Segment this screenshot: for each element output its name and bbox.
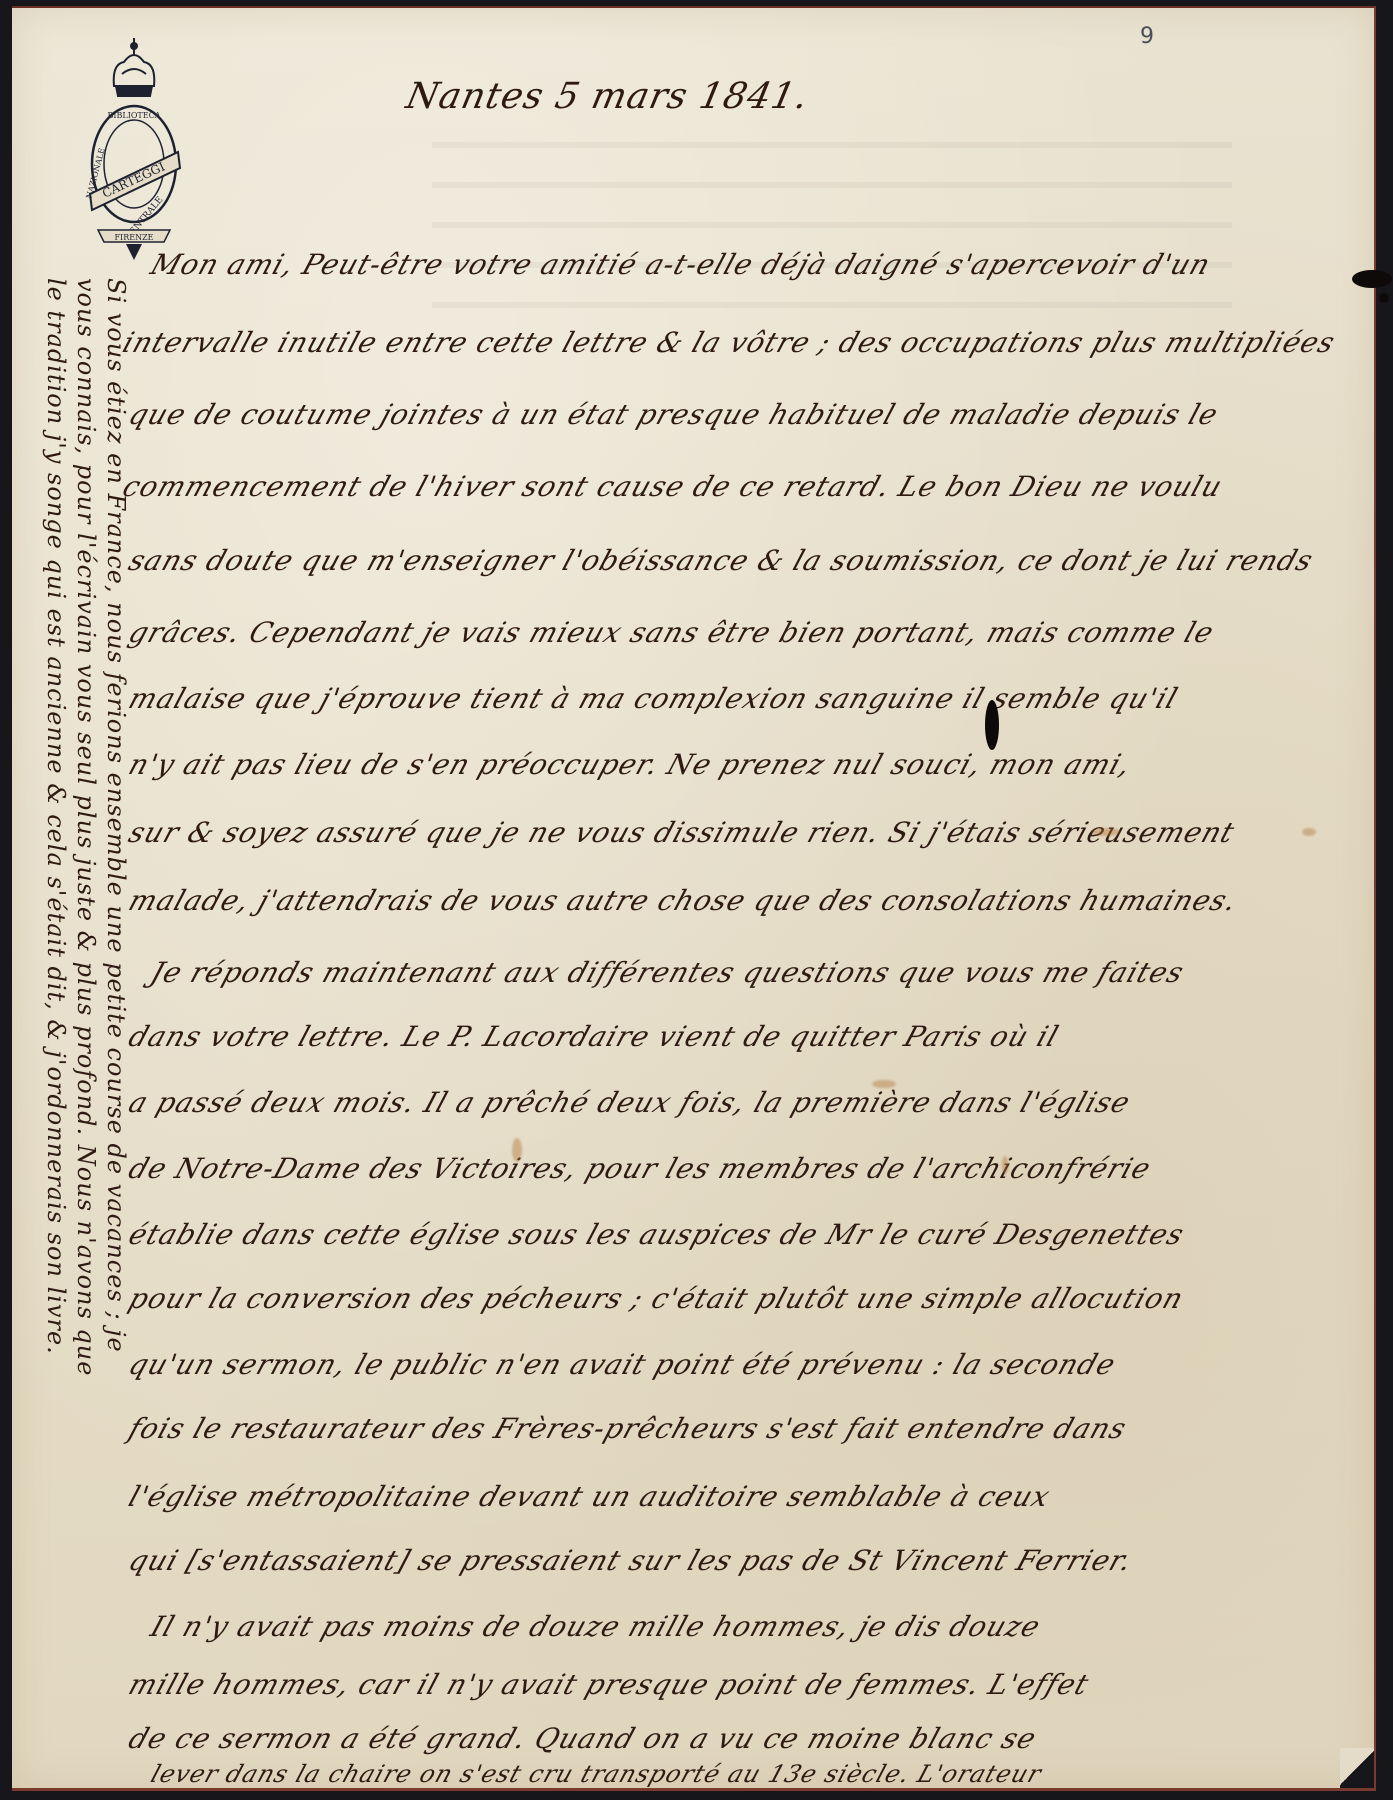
letter-line: fois le restaurateur des Frères-prêcheur…	[125, 1412, 1131, 1445]
letter-line: établie dans cette église sous les auspi…	[125, 1218, 1189, 1251]
letter-line: qu'un sermon, le public n'en avait point…	[125, 1348, 1121, 1381]
svg-text:BIBLIOTECA: BIBLIOTECA	[107, 111, 160, 120]
letter-line: dans votre lettre. Le P. Lacordaire vien…	[125, 1020, 1064, 1053]
letter-line: grâces. Cependant je vais mieux sans êtr…	[125, 616, 1219, 649]
letter-line: de Notre-Dame des Victoires, pour les me…	[125, 1152, 1156, 1185]
page-number: 9	[1140, 24, 1154, 49]
margin-note: le tradition j'y songe qui est ancienne …	[42, 278, 70, 1355]
letter-line: l'église métropolitaine devant un audito…	[125, 1480, 1055, 1513]
foxing-stain	[512, 1138, 522, 1162]
letter-line: Il n'y avait pas moins de douze mille ho…	[147, 1610, 1045, 1643]
library-stamp: CARTEGGI BIBLIOTECA NAZIONALE CENTRALE F…	[84, 34, 184, 264]
letter-line: malade, j'attendrais de vous autre chose…	[125, 884, 1242, 917]
letter-line: mille hommes, car il n'y avait presque p…	[125, 1668, 1094, 1701]
margin-note: Si vous étiez en France, nous ferions en…	[102, 278, 130, 1353]
margin-note: vous connais, pour l'écrivain vous seul …	[72, 278, 100, 1376]
letter-heading: Nantes 5 mars 1841.	[403, 76, 813, 117]
foxing-stain	[1302, 828, 1316, 836]
crown-seal-icon: CARTEGGI BIBLIOTECA NAZIONALE CENTRALE F…	[84, 34, 184, 264]
letter-line: a passé deux mois. Il a prêché deux fois…	[125, 1086, 1135, 1119]
letter-line: sur & soyez assuré que je ne vous dissim…	[125, 816, 1240, 849]
svg-text:CARTEGGI: CARTEGGI	[100, 159, 167, 200]
folded-corner	[1340, 1748, 1374, 1788]
svg-text:FIRENZE: FIRENZE	[115, 233, 154, 242]
foxing-stain	[1002, 1156, 1008, 1174]
letter-line: Je réponds maintenant aux différentes qu…	[147, 956, 1189, 989]
letter-line: intervalle inutile entre cette lettre & …	[119, 326, 1340, 359]
letter-line: de ce sermon a été grand. Quand on a vu …	[125, 1722, 1041, 1755]
letter-line: pour la conversion des pécheurs ; c'étai…	[125, 1282, 1189, 1315]
letter-line: commencement de l'hiver sont cause de ce…	[119, 470, 1227, 503]
ink-blot	[985, 700, 999, 750]
ink-blot	[1379, 293, 1389, 303]
letter-line: Mon ami, Peut-être votre amitié a-t-elle…	[147, 248, 1216, 281]
letter-line: lever dans la chaire on s'est cru transp…	[147, 1760, 1045, 1788]
letter-page: 9 CARTEGGI BIBLIOTECA NAZIONALE CENTRALE…	[12, 6, 1376, 1791]
foxing-stain	[872, 1080, 896, 1088]
letter-line: malaise que j'éprouve tient à ma complex…	[125, 682, 1183, 715]
letter-line: n'y ait pas lieu de s'en préoccuper. Ne …	[125, 748, 1136, 781]
letter-line: qui [s'entassaient] se pressaient sur le…	[125, 1544, 1137, 1577]
foxing-stain	[1092, 828, 1120, 836]
letter-line: que de coutume jointes à un état presque…	[125, 398, 1223, 431]
ink-blot	[1352, 270, 1392, 288]
letter-line: sans doute que m'enseigner l'obéissance …	[125, 544, 1318, 577]
